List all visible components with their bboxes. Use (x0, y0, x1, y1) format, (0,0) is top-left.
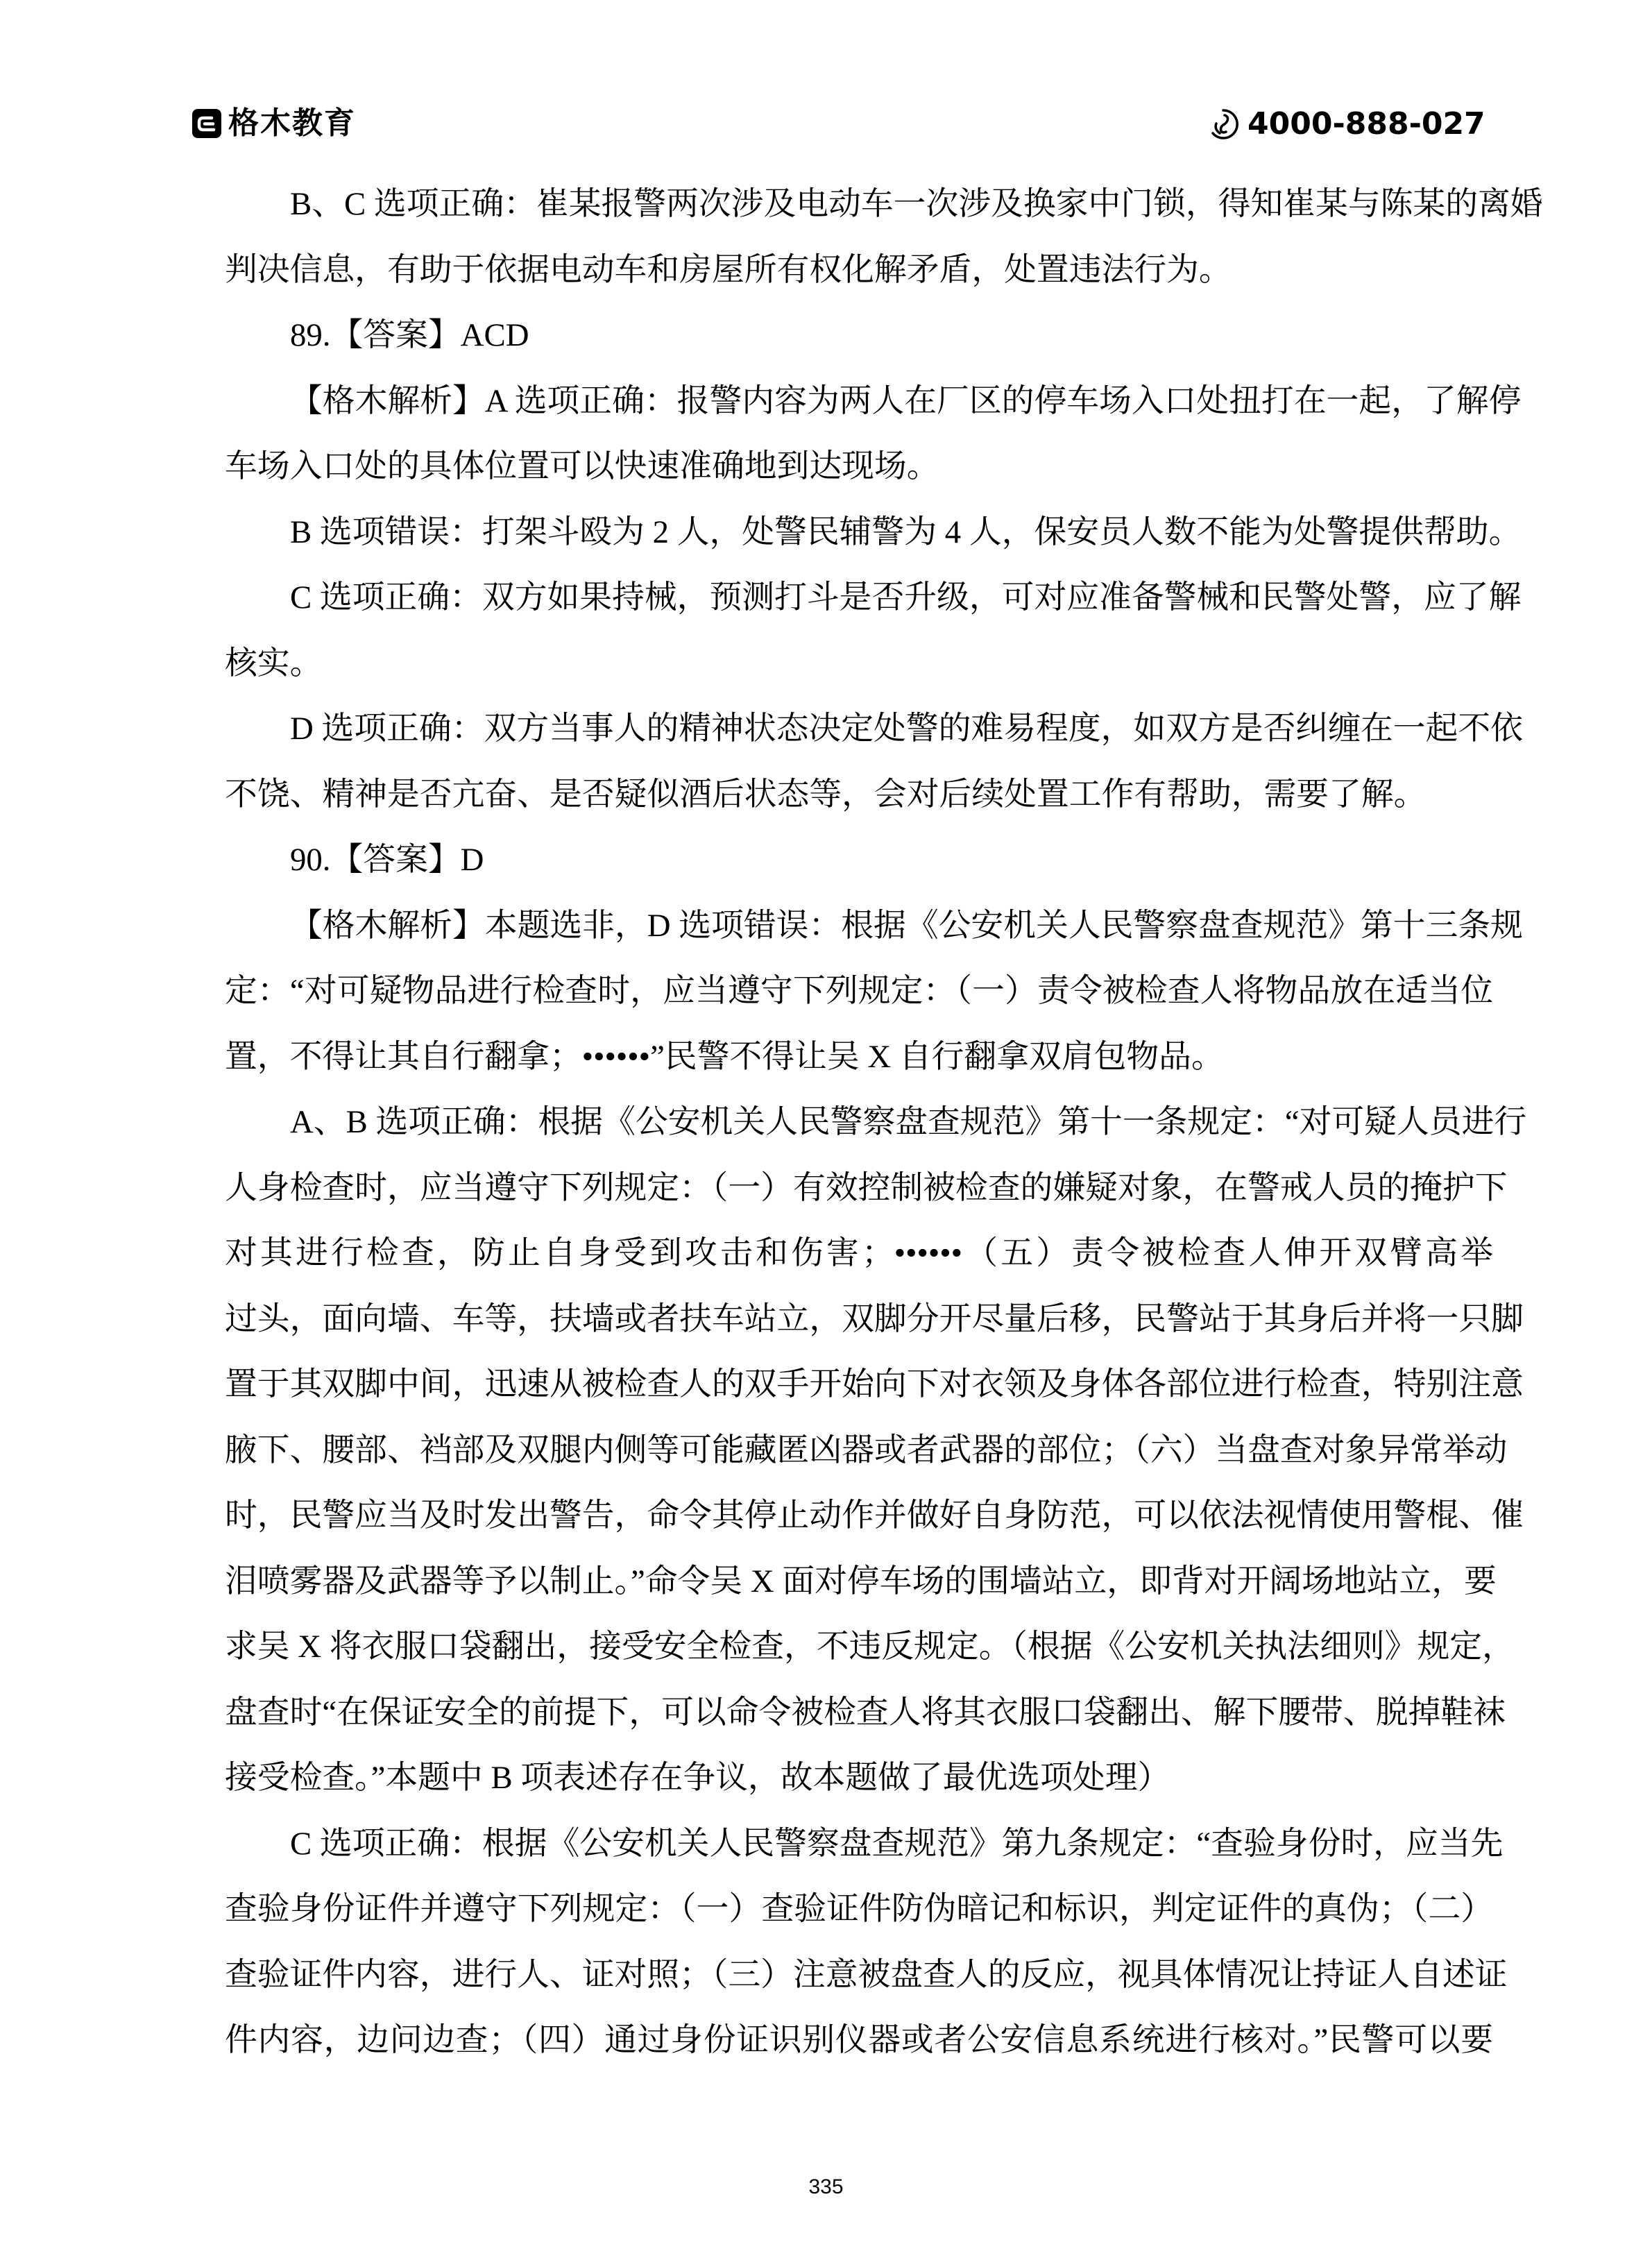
text-line: 置，不得让其自行翻拿；••••••”民警不得让吴 X 自行翻拿双肩包物品。 (160, 1024, 1493, 1090)
text-line: 泪喷雾器及武器等予以制止。”命令吴 X 面对停车场的围墙站立，即背对开阔场地站立… (160, 1549, 1493, 1615)
text-line: D 选项正确：双方当事人的精神状态决定处警的难易程度，如双方是否纠缠在一起不依 (160, 696, 1493, 762)
answer-heading: 90.【答案】D (160, 827, 1493, 893)
page-number: 335 (0, 2175, 1652, 2200)
text-line: 腋下、腰部、裆部及双腿内侧等可能藏匿凶器或者武器的部位；（六）当盘查对象异常举动 (160, 1418, 1493, 1484)
brand-logo-icon (192, 109, 221, 138)
paragraph-89-d-correct: D 选项正确：双方当事人的精神状态决定处警的难易程度，如双方是否纠缠在一起不依 … (160, 696, 1493, 827)
text-line: A、B 选项正确：根据《公安机关人民警察盘查规范》第十一条规定：“对可疑人员进行 (160, 1089, 1493, 1155)
text-line: C 选项正确：根据《公安机关人民警察盘查规范》第九条规定：“查验身份时，应当先 (160, 1811, 1493, 1877)
text-line: 置于其双脚中间，迅速从被检查人的双手开始向下对衣领及身体各部位进行检查，特别注意 (160, 1352, 1493, 1418)
text-line: 对其进行检查，防止自身受到攻击和伤害；••••••（五）责令被检查人伸开双臂高举 (160, 1221, 1493, 1286)
contact-phone: 4000-888-027 (1207, 108, 1485, 141)
text-line: 【格木解析】A 选项正确：报警内容为两人在厂区的停车场入口处扭打在一起，了解停 (160, 368, 1493, 434)
paragraph-89-a-correct: 【格木解析】A 选项正确：报警内容为两人在厂区的停车场入口处扭打在一起，了解停 … (160, 368, 1493, 500)
text-line: 定：“对可疑物品进行检查时，应当遵守下列规定：（一）责令被检查人将物品放在适当位 (160, 958, 1493, 1024)
text-line: 判决信息，有助于依据电动车和房屋所有权化解矛盾，处置违法行为。 (160, 237, 1493, 303)
text-line: 求吴 X 将衣服口袋翻出，接受安全检查，不违反规定。（根据《公安机关执法细则》规… (160, 1614, 1493, 1680)
answer-90: 90.【答案】D (160, 827, 1493, 893)
answer-89: 89.【答案】ACD (160, 303, 1493, 368)
text-line: B 选项错误：打架斗殴为 2 人，处警民辅警为 4 人，保安员人数不能为处警提供… (160, 500, 1493, 566)
text-line: 盘查时“在保证安全的前提下，可以命令被检查人将其衣服口袋翻出、解下腰带、脱掉鞋袜 (160, 1680, 1493, 1746)
text-line: 件内容，边问边查；（四）通过身份证识别仪器或者公安信息系统进行核对。”民警可以要 (160, 2007, 1493, 2073)
brand-logo: 格木教育 (192, 108, 356, 139)
paragraph-89-c-correct: C 选项正确：双方如果持械，预测打斗是否升级，可对应准备警械和民警处警，应了解 … (160, 565, 1493, 696)
document-body: B、C 选项正确：崔某报警两次涉及电动车一次涉及换家中门锁，得知崔某与陈某的离婚… (160, 171, 1493, 2073)
paragraph-90-d-wrong: 【格木解析】本题选非，D 选项错误：根据《公安机关人民警察盘查规范》第十三条规 … (160, 893, 1493, 1090)
phone-icon (1207, 108, 1239, 140)
text-line: 时，民警应当及时发出警告，命令其停止动作并做好自身防范，可以依法视情使用警棍、催 (160, 1483, 1493, 1549)
text-line: 【格木解析】本题选非，D 选项错误：根据《公安机关人民警察盘查规范》第十三条规 (160, 893, 1493, 959)
paragraph-90-ab-correct: A、B 选项正确：根据《公安机关人民警察盘查规范》第十一条规定：“对可疑人员进行… (160, 1089, 1493, 1811)
text-line: 查验证件内容，进行人、证对照；（三）注意被盘查人的反应，视具体情况让持证人自述证 (160, 1942, 1493, 2008)
text-line: 核实。 (160, 631, 1493, 697)
text-line: 车场入口处的具体位置可以快速准确地到达现场。 (160, 434, 1493, 500)
text-line: 过头，面向墙、车等，扶墙或者扶车站立，双脚分开尽量后移，民警站于其身后并将一只脚 (160, 1286, 1493, 1352)
phone-number: 4000-888-027 (1247, 108, 1485, 141)
paragraph-89-b-wrong: B 选项错误：打架斗殴为 2 人，处警民辅警为 4 人，保安员人数不能为处警提供… (160, 500, 1493, 566)
text-line: B、C 选项正确：崔某报警两次涉及电动车一次涉及换家中门锁，得知崔某与陈某的离婚 (160, 171, 1493, 237)
paragraph-88-bc-correct: B、C 选项正确：崔某报警两次涉及电动车一次涉及换家中门锁，得知崔某与陈某的离婚… (160, 171, 1493, 303)
text-line: 不饶、精神是否亢奋、是否疑似酒后状态等，会对后续处置工作有帮助，需要了解。 (160, 762, 1493, 828)
text-line: 查验身份证件并遵守下列规定：（一）查验证件防伪暗记和标识，判定证件的真伪；（二） (160, 1876, 1493, 1942)
text-line: C 选项正确：双方如果持械，预测打斗是否升级，可对应准备警械和民警处警，应了解 (160, 565, 1493, 631)
text-line: 人身检查时，应当遵守下列规定：（一）有效控制被检查的嫌疑对象，在警戒人员的掩护下 (160, 1155, 1493, 1221)
brand-name: 格木教育 (228, 108, 356, 139)
paragraph-90-c-correct: C 选项正确：根据《公安机关人民警察盘查规范》第九条规定：“查验身份时，应当先 … (160, 1811, 1493, 2073)
answer-heading: 89.【答案】ACD (160, 303, 1493, 368)
text-line: 接受检查。”本题中 B 项表述存在争议，故本题做了最优选项处理） (160, 1745, 1493, 1811)
